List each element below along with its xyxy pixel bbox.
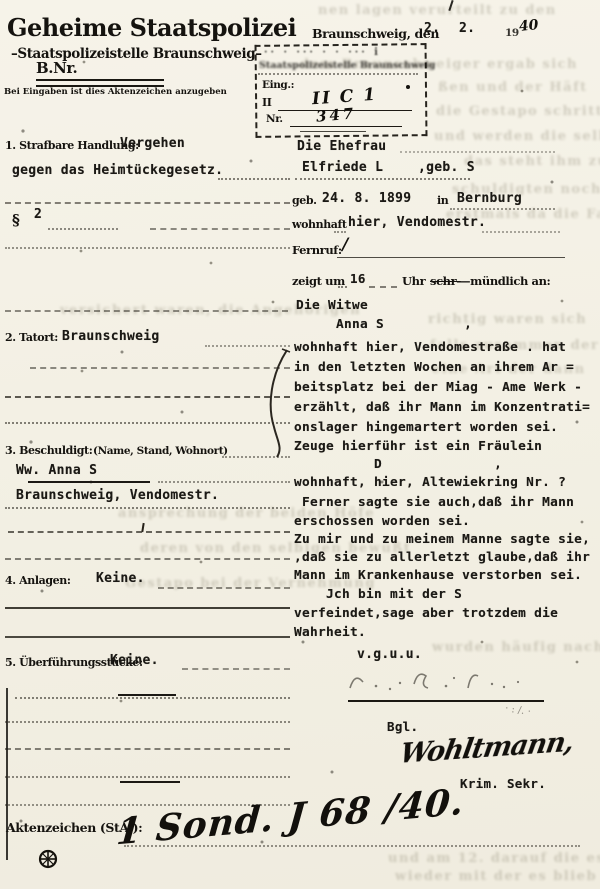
section1-offense: Vergehen: [120, 136, 185, 151]
statement-line: Jch bin mit der S: [294, 587, 462, 602]
stamp-nr-handwritten: 347: [315, 104, 357, 125]
bleedthrough-text: wurden häufig nach dem: [432, 640, 600, 655]
stamp-nr-line: [290, 126, 402, 127]
statement-line: erschossen worden sei.: [294, 514, 470, 529]
signature-line: [348, 700, 544, 702]
section3-accused-name: Ww. Anna S: [16, 463, 97, 478]
statement-line: Die Witwe: [296, 298, 368, 313]
section3-label: 3. Beschuldigt:: [5, 444, 92, 457]
form-rule: [5, 310, 288, 312]
section3-accused-address: Braunschweig, Vendomestr.: [16, 488, 219, 503]
section2-label: 2. Tatort:: [5, 331, 58, 344]
statement-line: Ferner sagte sie auch,daß ihr Mann: [294, 495, 574, 510]
statement-line: in den letzten Wochen an ihrem Ar =: [294, 360, 574, 375]
stamp-dots-row: ·· · ··· · · ··· i: [264, 47, 381, 58]
report-written-struck: schr-: [430, 274, 461, 288]
place-date-label: Braunschweig, den: [312, 26, 439, 41]
date-year-printed: 19: [505, 27, 519, 39]
statement-line: Anna S ,: [296, 317, 472, 332]
section4-attachments: Keine.: [96, 571, 145, 586]
form-rule: [5, 507, 290, 509]
complainant-name: Elfriede L: [302, 160, 383, 175]
file-number-note: Bei Eingaben ist dies Aktenzeichen anzug…: [4, 87, 227, 97]
stamp-office-line: Staatspolizeistelle Braunschweig: [259, 60, 435, 71]
statement-line: Zu mir und zu meinem Manne sagte sie,: [294, 532, 590, 547]
statement-line: wohnhaft, hier, Altewiekring Nr. ?: [294, 475, 566, 490]
resident-address: hier, Vendomestr.: [348, 215, 486, 230]
bleedthrough-text: nen lagen verurteilt zu den: [318, 3, 557, 18]
paragraph-sign: §: [12, 211, 19, 229]
form-rule: [400, 151, 555, 153]
form-rule: [5, 422, 290, 424]
form-rule: [30, 367, 290, 369]
bnr-label: B.Nr.: [36, 59, 77, 77]
form-rule: [5, 636, 290, 638]
complainant-maiden-name: ,geb. S: [418, 160, 475, 175]
statement-line: verfeindet,sage aber trotzdem die: [294, 606, 558, 621]
section2-crime-scene: Braunschweig: [62, 329, 160, 344]
report-prefix: zeigt um: [292, 274, 345, 288]
pen-stroke: [118, 694, 176, 696]
form-rule: [369, 286, 397, 288]
form-rule: [5, 396, 290, 398]
form-rule: [5, 247, 290, 249]
stamp-nr-subline: [300, 131, 366, 132]
date-year-handwritten: 40: [518, 17, 539, 35]
form-rule: [48, 228, 118, 230]
birth-date: 24. 8. 1899: [322, 191, 411, 206]
form-rule: [150, 228, 290, 230]
statement-line: erzählt, daß ihr Mann im Konzentrati=: [294, 400, 590, 415]
form-rule: [5, 776, 290, 778]
bleedthrough-text: die Gestapo schritt nach: [436, 104, 600, 119]
bgl-label: Bgl.: [387, 719, 418, 734]
resident-label: wohnhaft: [292, 218, 347, 231]
statement-line: ,daß sie zu allerletzt glaube,daß ihr: [294, 550, 590, 565]
accused-underline: [28, 481, 150, 483]
birth-place: Bernburg: [457, 191, 522, 206]
statement-line: onslager hingemartert worden sei.: [294, 420, 558, 435]
printer-ornament-icon: [38, 849, 58, 869]
form-rule: [5, 721, 290, 723]
stamp-rule: [258, 73, 418, 75]
section1-label: 1. Strafbare Handlung:: [5, 139, 139, 152]
margin-brace-mark: [264, 347, 292, 461]
form-rule: [158, 587, 290, 589]
form-rule: [295, 178, 470, 180]
born-label: geb.: [292, 194, 317, 207]
bleedthrough-text: und am 12. darauf die es: [388, 851, 600, 866]
phone-value-handwritten: /: [342, 235, 348, 255]
bleedthrough-text: wieder mit der es blieb: [395, 869, 597, 884]
complainant-line1: Die Ehefrau: [297, 139, 386, 154]
statement-line: D ,: [294, 457, 502, 472]
stamp-nr-label: Nr.: [266, 113, 283, 125]
form-rule: [5, 607, 290, 609]
stamp-dot: [406, 85, 410, 89]
faint-signature: [342, 664, 547, 698]
phone-line: [337, 257, 565, 258]
statement-line: Mann im Krankenhause verstorben sei.: [294, 568, 582, 583]
form-rule: [218, 178, 290, 180]
section1-offense-line2: gegen das Heimtückegesetz.: [12, 163, 223, 178]
section4-label: 4. Anlagen:: [5, 574, 71, 587]
form-rule: [8, 531, 290, 533]
stamp-eing-label: Eing.:: [262, 79, 294, 91]
form-rule: [338, 286, 347, 288]
pen-stroke: [120, 781, 180, 783]
phone-label: Fernruf:: [292, 243, 342, 257]
aktenzeichen-handwritten: 1 Sond. J 68 /40.: [115, 781, 466, 854]
form-rule: [182, 668, 290, 670]
statement-line: beitsplatz bei der Miag - Ame Werk -: [294, 380, 582, 395]
form-rule: [334, 231, 346, 233]
bnr-double-rule: [36, 79, 164, 87]
statement-line: wohnhaft hier, Vendomestraße . hat: [294, 340, 566, 355]
report-uhr: Uhr: [402, 274, 425, 288]
date-day: 2.: [424, 21, 440, 36]
form-rule: [482, 231, 560, 233]
paper-noise: [0, 0, 2, 2]
bleedthrough-text: und werden die selben: [434, 129, 600, 144]
date-month: 2.: [459, 21, 475, 36]
form-rule: [450, 208, 555, 210]
agency-title: Geheime Staatspolizei: [7, 13, 296, 42]
report-time: 16: [350, 271, 366, 286]
report-verbally-label: —mündlich an:: [459, 274, 550, 288]
form-rule: [5, 202, 290, 204]
form-rule: [5, 748, 290, 750]
bleedthrough-text: das steht ihm zu: [464, 154, 600, 169]
paragraph-number: 2: [34, 207, 42, 222]
statement-line: Zeuge hierführ ist ein Fräulein: [294, 439, 542, 454]
official-signature: Wohltmann,: [397, 727, 575, 771]
section5-evidence: Keine.: [110, 653, 159, 668]
signer-title: Krim. Sekr.: [460, 776, 546, 791]
section3-sublabel: (Name, Stand, Wohnort): [93, 445, 228, 457]
vguu-abbreviation: v.g.u.u.: [357, 647, 422, 662]
stamp-ii-label: II: [262, 96, 272, 109]
form-rule: [5, 558, 290, 560]
faint-pen-marks: · : /. ·: [504, 703, 531, 717]
form-rule: [15, 697, 290, 699]
statement-line: Wahrheit.: [294, 625, 366, 640]
form-rule: [158, 481, 290, 483]
in-label: in: [437, 194, 448, 207]
document-page: nen lagen verurteilt zu den dem Braunsch…: [0, 0, 600, 889]
bleedthrough-text: ßen und der Häft: [438, 80, 588, 95]
